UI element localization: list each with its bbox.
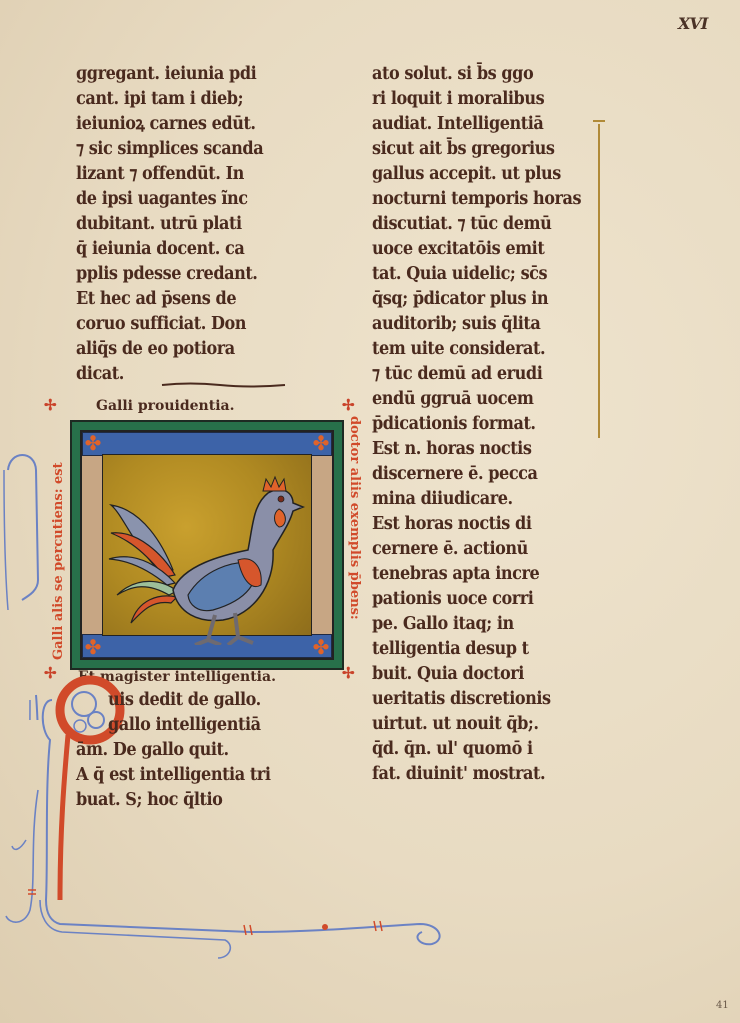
left-column-top: ɡgregant. ieiunia pdi cant. ipi tam i di… [76,62,316,387]
right-column: ato solut. si b̄s ggo ri loquit i morali… [372,62,622,787]
text-line: mina diiudicare. [372,487,602,512]
text-line: ɡgregant. ieiunia pdi [76,62,297,87]
line-filler-icon [160,380,290,390]
text-line: de ipsi uagantes ĩnc [76,187,297,212]
text-line: pplis pdesse credant. [76,262,297,287]
text-line: q̄sq; p̄dicator plus in [372,287,602,312]
text-line: Est n. horas noctis [372,437,602,462]
text-line: ām. De gallo quit. [76,738,270,763]
text-line: pe. Gallo itaq; in [372,612,602,637]
margin-bracket-line [598,124,600,438]
text-line: Est horas noctis di [372,512,602,537]
left-column-bottom-cont: ām. De gallo quit. A q̄ est intelligenti… [76,738,287,813]
text-line: discutiat. ⁊ tūc demū [372,212,602,237]
text-line: fat. diuinit' mostrat. [372,762,602,787]
text-line: nocturni temporis horas [372,187,602,212]
text-line: p̄dicationis format. [372,412,602,437]
text-line: buat. S; hoc q̄ltio [76,788,270,813]
text-line: ieiunioꝝ carnes edūt. [76,112,297,137]
rubric-above-miniature: Galli prouidentia. [96,398,234,414]
text-line: tenebras apta incre [372,562,602,587]
text-line: q̄d. q̄n. ul' quomō i [372,737,602,762]
text-line: buit. Quia doctori [372,662,602,687]
text-line: sicut ait b̄s gregorius [372,137,602,162]
text-line: ⁊ tūc demū ad erudi [372,362,602,387]
text-line: cernere ē. actionū [372,537,602,562]
text-line: telligentia desup t [372,637,602,662]
cross-mark-icon: ✢ [342,396,355,414]
text-line: uirtut. ut nouit q̄b;. [372,712,602,737]
cross-mark-icon: ✢ [44,396,57,414]
text-line: ⁊ sic simplices scanda [76,137,297,162]
text-line: tem uite considerat. [372,337,602,362]
text-line: coruo sufficiat. Don [76,312,297,337]
text-line: pationis uoce corri [372,587,602,612]
text-line: Et hec ad p̄sens de [76,287,297,312]
text-line: aliq̄s de eo potiora [76,337,297,362]
text-line: gallo intelligentiā [108,713,329,738]
text-line: auditorib; suis q̄lita [372,312,602,337]
text-line: ri loquit i moralibus [372,87,602,112]
bracket-tick-icon [593,120,605,122]
text-line: gallus accepit. ut plus [372,162,602,187]
text-line: uis dedit de gallo. [108,688,329,713]
text-line: dubitant. utrū plati [76,212,297,237]
text-line: audiat. Intelligentiā [372,112,602,137]
text-line: cant. ipi tam i dieb; [76,87,297,112]
text-line: lizant ⁊ offendūt. In [76,162,297,187]
left-column-bottom: uis dedit de gallo. gallo intelligentiā [108,688,348,738]
text-line: discernere ē. pecca [372,462,602,487]
text-line: A q̄ est intelligentia tri [76,763,270,788]
text-line: ueritatis discretionis [372,687,602,712]
text-line: q̄ ieiunia docent. ca [76,237,297,262]
manuscript-page: XVI 41 ɡgregant. ieiunia pdi cant. ipi t… [0,0,740,1023]
text-line: endū ɡgruā uocem [372,387,602,412]
signature-mark: 41 [716,1000,729,1011]
folio-number: XVI [678,14,707,33]
text-line: ato solut. si b̄s ggo [372,62,602,87]
text-line: uoce excitatōis emit [372,237,602,262]
text-line: tat. Quia uidelic; sc̄s [372,262,602,287]
